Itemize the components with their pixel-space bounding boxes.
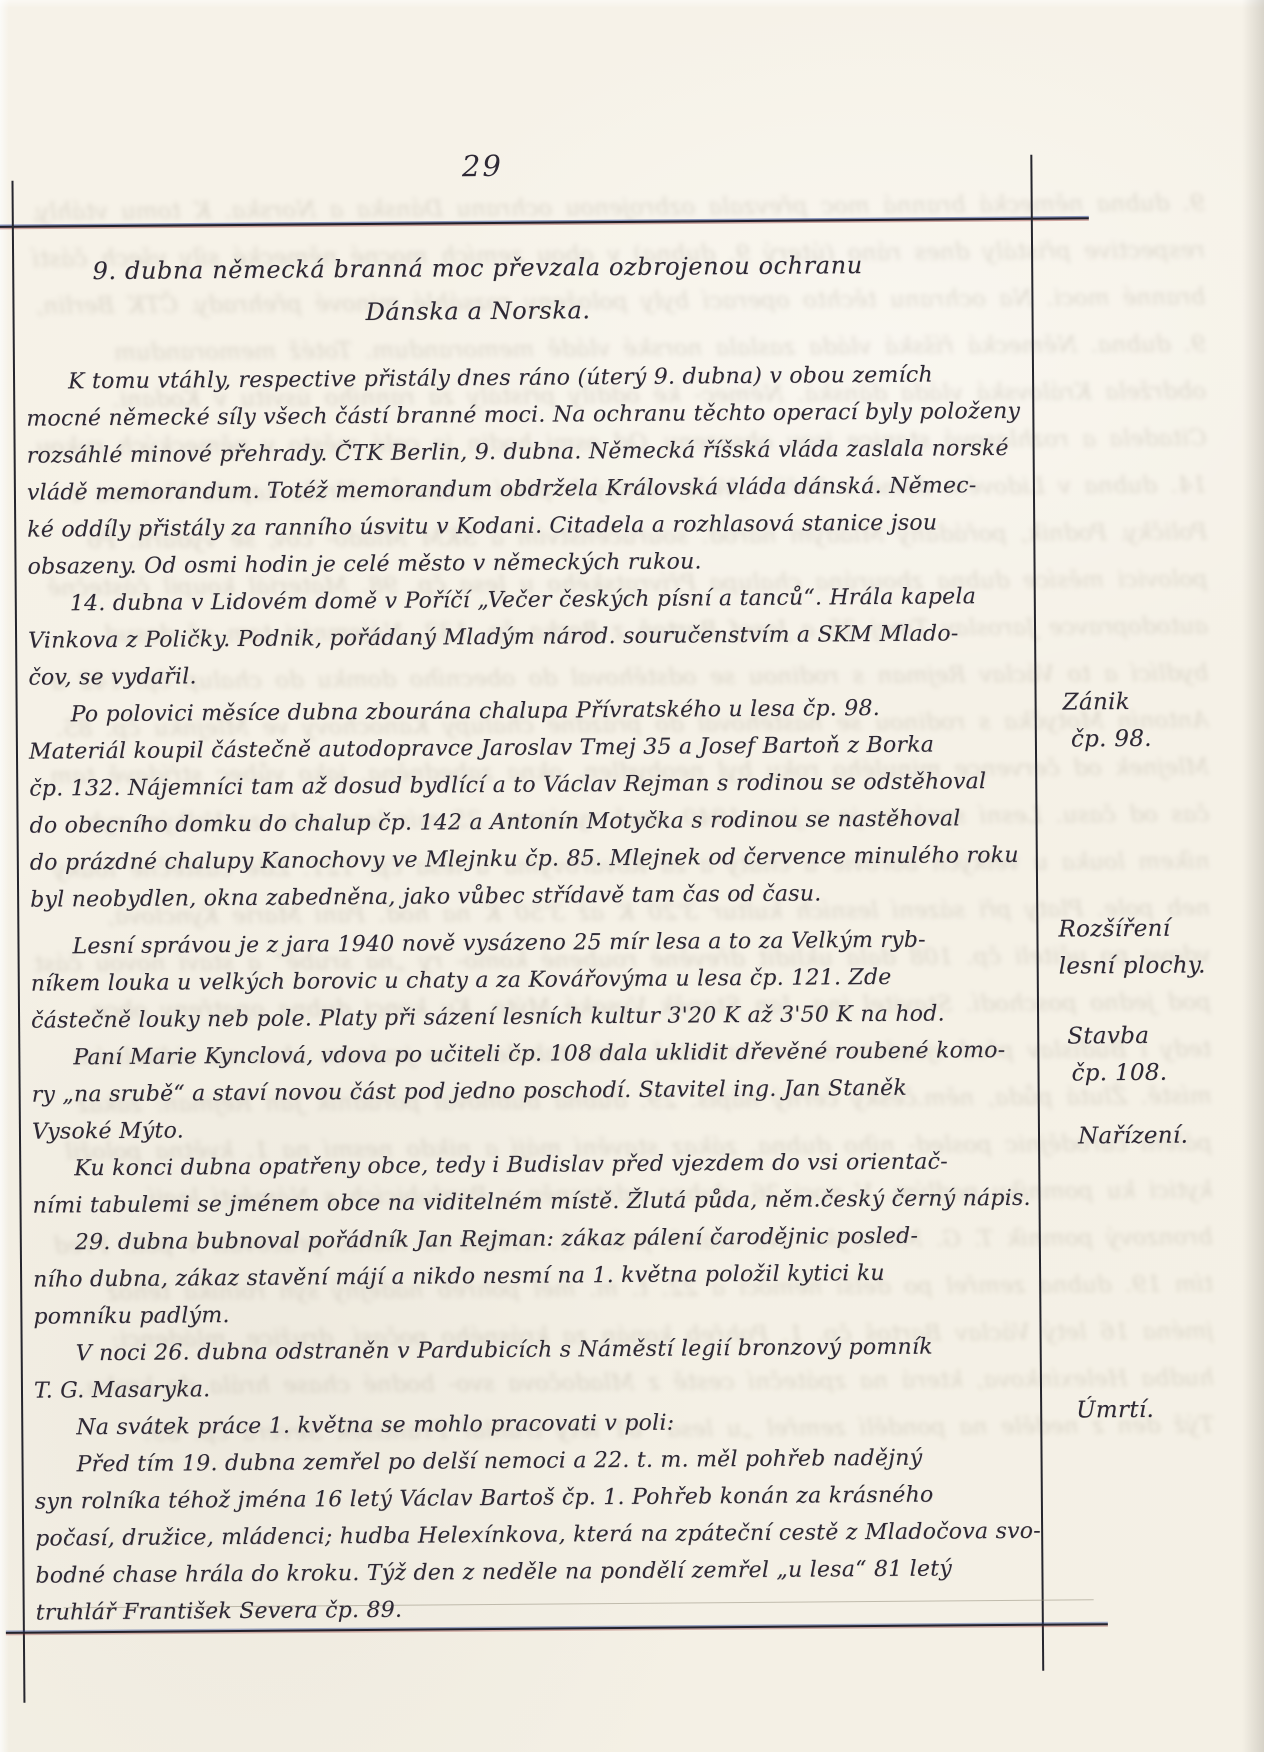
scanned-page: 9. dubna německá branná moc převzala ozb… [0, 0, 1264, 1752]
paragraph: 14. dubna v Lidovém domě v Poříčí „Večer… [28, 578, 1029, 697]
left-margin-rule [11, 181, 25, 1703]
text-line: byl neobydlen, okna zabedněna, jako vůbe… [30, 874, 1030, 919]
text-line: Vinkova z Poličky. Podnik, pořádaný Mlad… [28, 615, 1028, 660]
margin-note-line: Nařízení. [1078, 1117, 1264, 1156]
margin-note-zanik: Zánik čp. 98. [1062, 683, 1258, 759]
text-line: V noci 26. dubna odstraněn v Pardubicích… [34, 1328, 1034, 1373]
paragraph: Před tím 19. dubna zemřel po delší nemoc… [34, 1439, 1035, 1632]
text-line: bodné chase hrála do kroku. Týž den z ne… [35, 1550, 1035, 1595]
margin-note-line: Stavba [1067, 1017, 1262, 1056]
text-line: ního dubna, zákaz stavění májí a nikdo n… [33, 1254, 1033, 1299]
text-line: ké oddíly přistály za ranního úsvitu v K… [27, 504, 1027, 549]
text-line: do prázdné chalupy Kanochovy ve Mlejnku … [30, 837, 1030, 882]
paragraph: Ku konci dubna opatřeny obce, tedy i Bud… [32, 1143, 1033, 1225]
paragraph: Lesní správou je z jara 1940 nově vysáze… [30, 921, 1031, 1040]
paragraph: K tomu vtáhly, respective přistály dnes … [26, 356, 1028, 586]
margin-note-line: čp. 98. [1063, 720, 1258, 759]
chronicle-sheet: 9. dubna německá branná moc převzala ozb… [0, 0, 1264, 1752]
paragraph: Paní Marie Kynclová, vdova po učiteli čp… [31, 1032, 1032, 1151]
page-number: 29 [442, 149, 522, 184]
margin-note-line: Zánik [1062, 683, 1257, 722]
margin-note-rozsireni: Rozšíření lesní plochy. [1058, 910, 1254, 986]
entry-heading: 9. dubna německá branná moc převzala ozb… [25, 244, 931, 337]
margin-note-line: Úmrtí. [1076, 1391, 1264, 1430]
margin-note-narizeni: Nařízení. [1078, 1117, 1264, 1156]
paragraph: 29. dubna bubnoval pořádník Jan Rejman: … [33, 1217, 1034, 1336]
text-line: ry „na srubě“ a staví novou část pod jed… [32, 1069, 1032, 1114]
margin-note-stavba: Stavba čp. 108. [1067, 1017, 1263, 1093]
margin-note-line: lesní plochy. [1059, 947, 1254, 986]
paragraph: V noci 26. dubna odstraněn v Pardubicích… [34, 1328, 1035, 1410]
heading-line: Dánska a Norska. [25, 287, 930, 337]
heading-line: 9. dubna německá branná moc převzala ozb… [25, 244, 930, 294]
paragraph: Po polovici měsíce dubna zbourána chalup… [29, 689, 1031, 919]
margin-note-line: Rozšíření [1058, 910, 1253, 949]
page-content: 9. dubna německá branná moc převzala ozb… [25, 243, 1036, 1632]
body-text: K tomu vtáhly, respective přistály dnes … [26, 356, 1036, 1632]
margin-note-umrti: Úmrtí. [1076, 1391, 1264, 1430]
margin-note-line: čp. 108. [1067, 1054, 1262, 1093]
text-line: truhlář František Severa čp. 89. [36, 1587, 1036, 1632]
